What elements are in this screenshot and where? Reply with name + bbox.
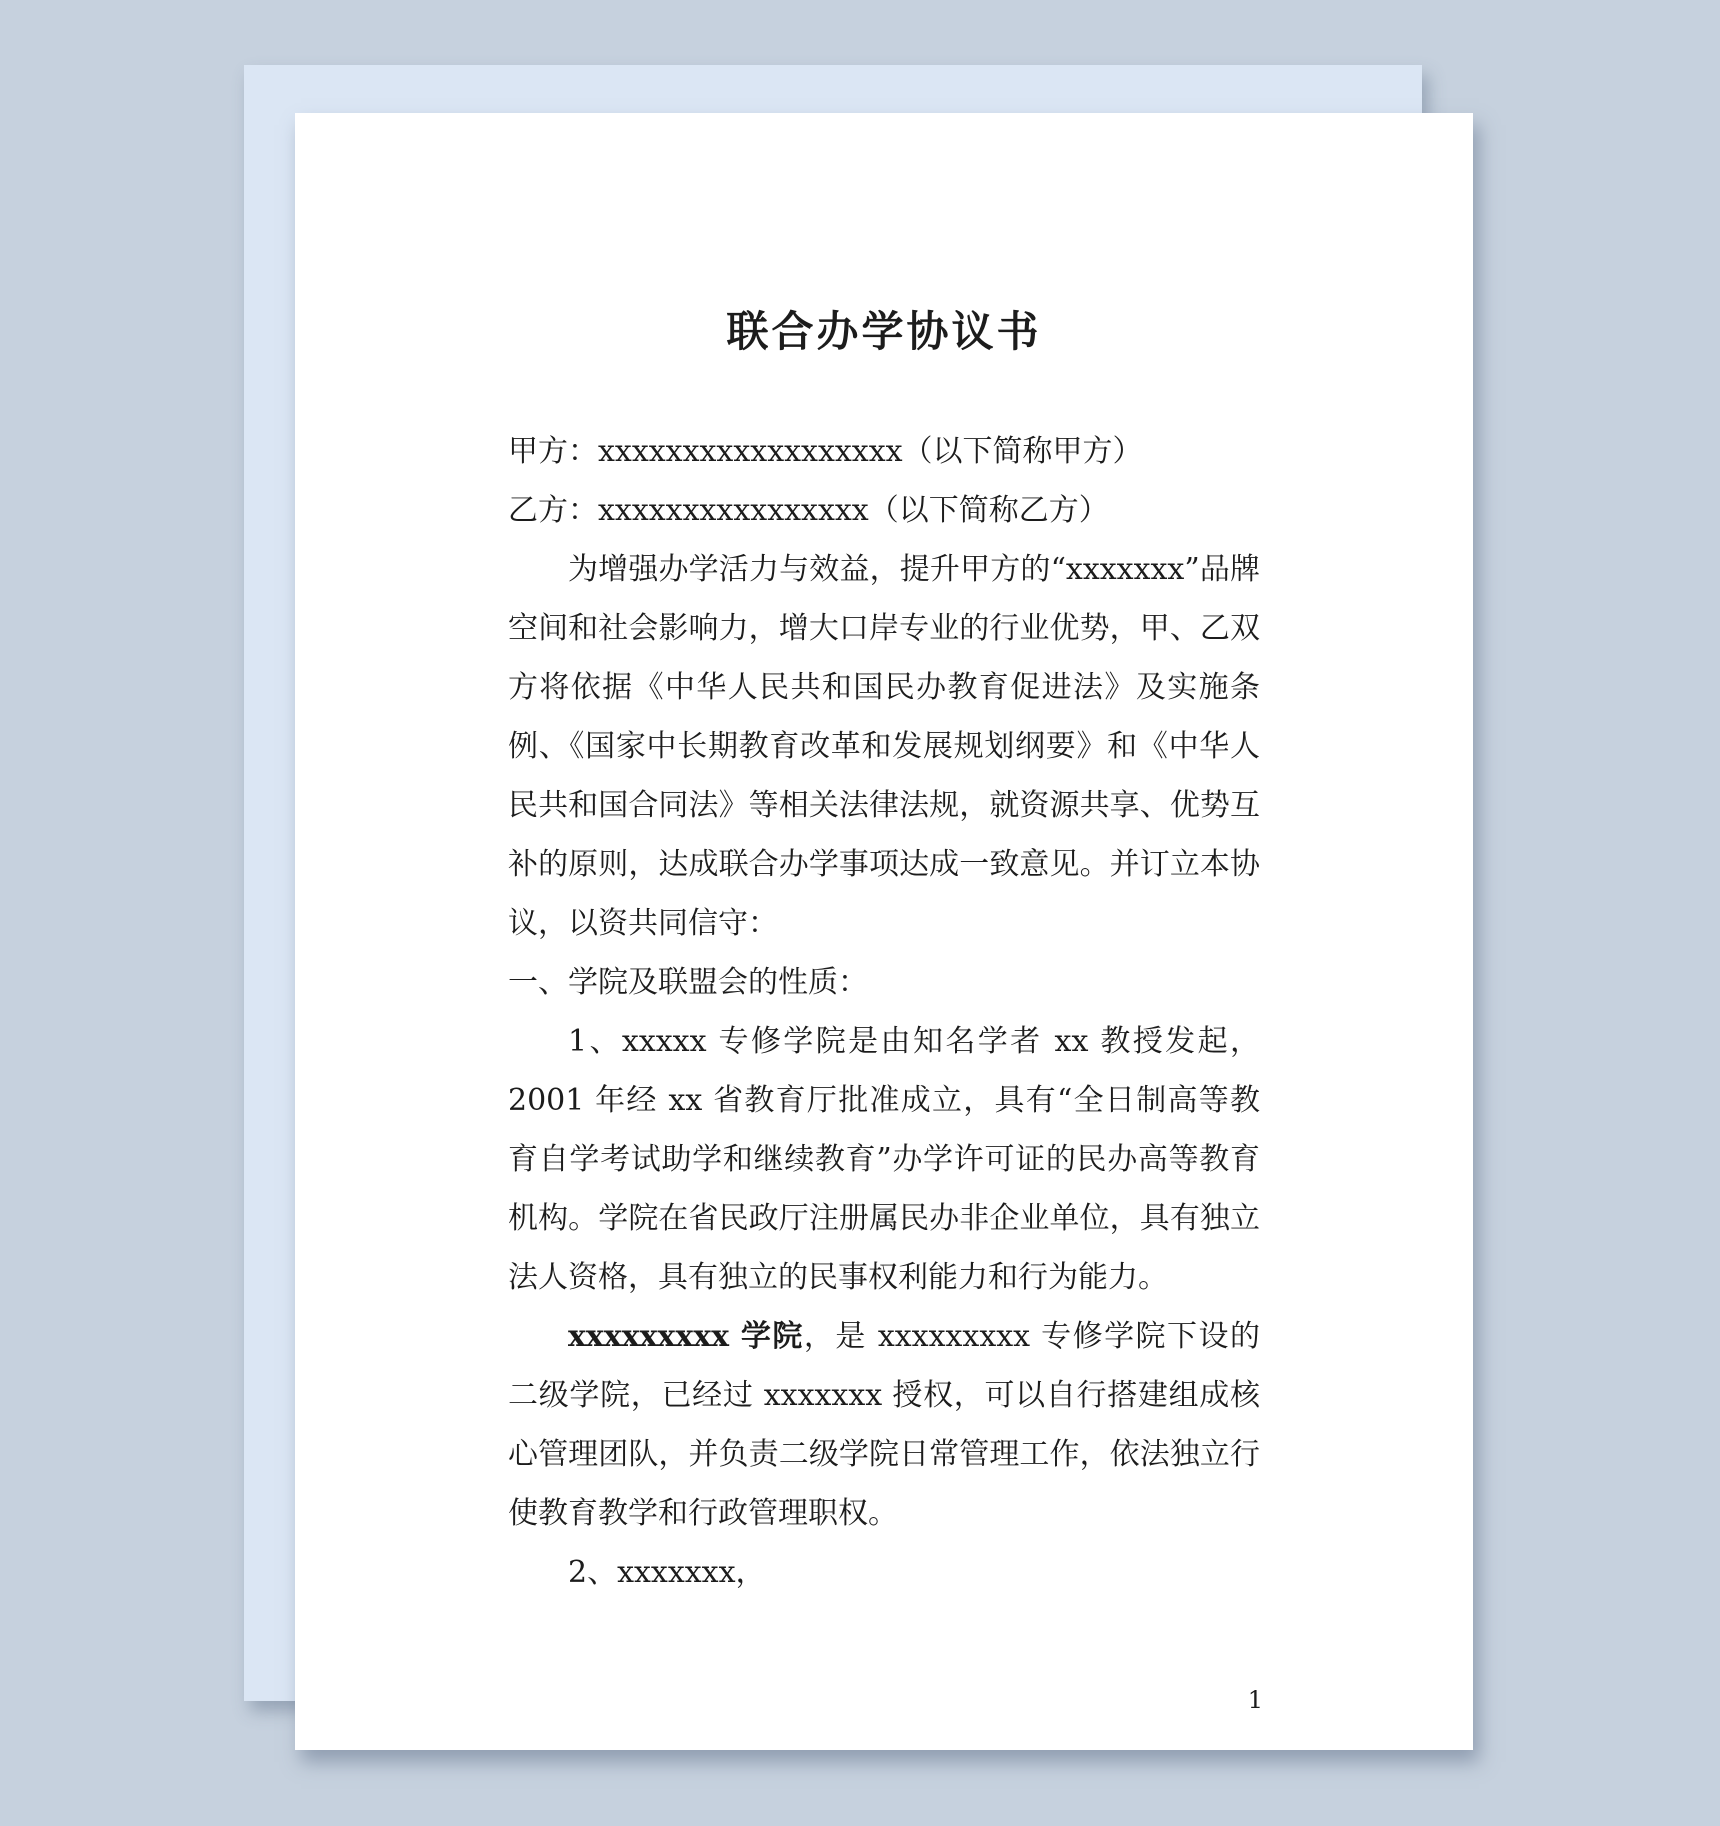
item-1-paragraph: 1、xxxxx 专修学院是由知名学者 xx 教授发起，2001 年经 xx 省教…: [508, 1012, 1260, 1307]
document-body: 甲方：xxxxxxxxxxxxxxxxxx（以下简称甲方） 乙方：xxxxxxx…: [508, 422, 1260, 1602]
document-title: 联合办学协议书: [508, 306, 1260, 358]
page-number: 1: [1248, 1688, 1263, 1712]
document-page: 联合办学协议书 甲方：xxxxxxxxxxxxxxxxxx（以下简称甲方） 乙方…: [295, 113, 1473, 1750]
desk-background: 联合办学协议书 甲方：xxxxxxxxxxxxxxxxxx（以下简称甲方） 乙方…: [0, 0, 1720, 1826]
item-1b-paragraph: xxxxxxxxx 学院，是 xxxxxxxxx 专修学院下设的二级学院，已经过…: [508, 1307, 1260, 1543]
party-b-line: 乙方：xxxxxxxxxxxxxxxx（以下简称乙方）: [508, 481, 1260, 540]
item-2-paragraph: 2、xxxxxxx，: [508, 1543, 1260, 1602]
party-a-line: 甲方：xxxxxxxxxxxxxxxxxx（以下简称甲方）: [508, 422, 1260, 481]
section-1-heading: 一、学院及联盟会的性质：: [508, 953, 1260, 1012]
college-name-bold: xxxxxxxxx 学院: [568, 1319, 804, 1354]
intro-paragraph: 为增强办学活力与效益，提升甲方的“xxxxxxx”品牌空间和社会影响力，增大口岸…: [508, 540, 1260, 953]
